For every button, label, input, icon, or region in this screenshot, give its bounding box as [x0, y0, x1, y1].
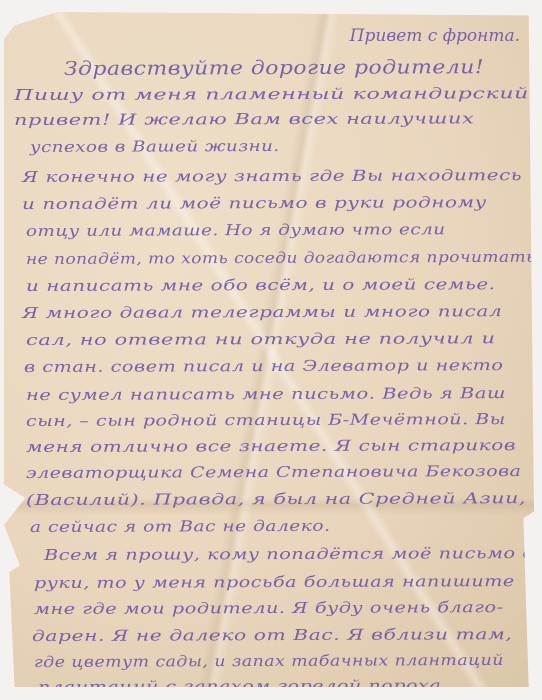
letter-line: Здравствуйте дорогие родители!: [64, 56, 484, 80]
letter-line: и написать мне обо всём, и о моей семье.: [26, 275, 496, 295]
letter-header: Привет с фронта.: [350, 26, 520, 46]
letter-line: руки, то у меня просьба большая напишите: [34, 572, 515, 592]
letter-line: сал, но ответа ни откуда не получил и: [26, 329, 496, 349]
letter-line: не попадёт, то хоть соседи догадаются пр…: [26, 248, 536, 268]
letter-line: не сумел написать мне письмо. Ведь я Ваш: [26, 384, 506, 404]
letter-line: а сейчас я от Вас не далеко.: [30, 517, 331, 536]
letter-line: дарен. Я не далеко от Вас. Я вблизи там,: [32, 625, 512, 645]
letter-line: Всем я прошу, кому попадётся моё письмо …: [44, 544, 534, 564]
letter-line: меня отлично все знаете. Я сын стариков: [26, 436, 516, 456]
letter-line: Я конечно не могу знать где Вы находитес…: [22, 166, 522, 186]
letter-line: элеваторщика Семена Степановича Бекозова: [26, 462, 522, 482]
letter-line: (Василий). Правда, я был на Средней Азии…: [26, 489, 526, 509]
letter-line: в стан. совет писал и на Элеватор и нект…: [24, 356, 504, 376]
letter-line: где цветут сады, и запах табачных планта…: [34, 651, 504, 671]
letter-line: отцу или мамаше. Но я думаю что если: [26, 220, 446, 240]
letter-line: Я много давал телеграммы и много писал: [22, 302, 502, 322]
letter-line: Пишу от меня пламенный командирский: [14, 84, 529, 104]
letter-line: успехов в Вашей жизни.: [30, 137, 280, 156]
letter-line: привет! И желаю Вам всех наилучших: [14, 109, 474, 129]
letter-line: сын, – сын родной станицы Б-Мечётной. Вы: [26, 410, 506, 430]
letter-line: плантаций с запахом горелой пороха.: [38, 676, 448, 696]
letter-line: и попадёт ли моё письмо в руки родному: [22, 193, 487, 213]
letter-paper: Привет с фронта. Здравствуйте дорогие ро…: [4, 12, 534, 687]
letter-line: мне где мои родители. Я буду очень благо…: [34, 598, 504, 618]
